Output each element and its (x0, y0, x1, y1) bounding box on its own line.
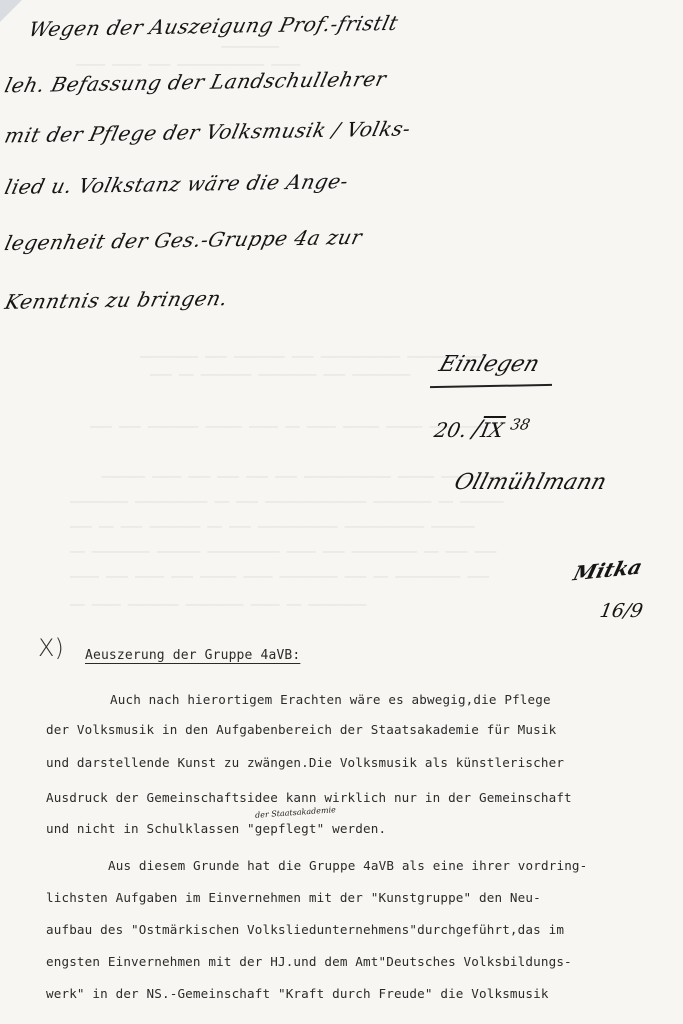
bleed-through-text: ────── ──── ─── ─── ─── ─── ────────────… (80, 470, 506, 484)
handwritten-date: 20. /IX 38 (432, 415, 532, 443)
bleed-through-text: ──── ─── ──── ─── ───── ──── ──────── ──… (70, 570, 489, 584)
section-marker: X) (38, 634, 64, 662)
text-line: der Volksmusik in den Aufgabenbereich de… (46, 722, 556, 737)
bleed-through-text: ─── ── ─────── ──────── ─── ──────── (150, 368, 410, 382)
text-line: Ausdruck der Gemeinschaftsidee kann wirk… (46, 790, 572, 805)
initial-date: 16/9 (598, 600, 645, 622)
text-line: Auch nach hierortigem Erachten wäre es a… (110, 692, 551, 707)
handwritten-insertion: der Staatsakademie (255, 805, 336, 820)
bleed-through-text: ── ──── ─────── ──────── ──── ── ───────… (70, 598, 366, 612)
signature-ollmuehlmann: Ollmühlmann (451, 470, 609, 495)
handwritten-line: mit der Pflege der Volksmusik / Volks- (2, 116, 413, 147)
bleed-through-text: ── ──────── ────── ────────── ──── ─── ─… (70, 545, 496, 559)
signature-einlegen: Einlegen (436, 352, 543, 377)
date-year: 38 (509, 415, 532, 433)
bleed-through-text: ─── ── ─── ─────── ── ─── ─────────── ──… (70, 520, 475, 534)
bleed-through-text: ──────── ────────── ── ─── ─────────────… (70, 495, 503, 509)
text-line: und nicht in Schulklassen "gepflegt" wer… (46, 821, 386, 836)
handwritten-line: lied u. Volkstanz wäre die Ange- (3, 169, 351, 199)
date-month: IX (479, 418, 506, 442)
handwritten-line: legenheit der Ges.-Gruppe 4a zur (2, 225, 364, 255)
handwritten-line: Wegen der Auszeigung Prof.-fristlt (26, 11, 400, 41)
bleed-through-text: ─── ─── ─────── ───── ──── ── ──── ─────… (90, 420, 487, 434)
date-day: 20. (432, 418, 469, 442)
page-corner-fold (0, 0, 22, 22)
bleed-through-text: ──────── ─── ─────── ─── ─────────── ───… (140, 350, 487, 364)
text-line: engsten Einvernehmen mit der HJ.und dem … (46, 954, 572, 969)
signature-initials: Mitka (571, 555, 645, 586)
text-line: lichsten Aufgaben im Einvernehmen mit de… (46, 890, 541, 905)
section-heading: Aeuszerung der Gruppe 4aVB: (85, 648, 300, 663)
text-line: Aus diesem Grunde hat die Gruppe 4aVB al… (108, 858, 587, 873)
handwritten-line: Kenntnis zu bringen. (3, 286, 231, 314)
signature-underline (430, 384, 552, 388)
bleed-through-text: ──────── (120, 40, 279, 54)
text-line: und darstellende Kunst zu zwängen.Die Vo… (46, 755, 564, 770)
text-line: werk" in der NS.-Gemeinschaft "Kraft dur… (46, 986, 549, 1001)
text-line: aufbau des "Ostmärkischen Volksliedunter… (46, 922, 564, 937)
